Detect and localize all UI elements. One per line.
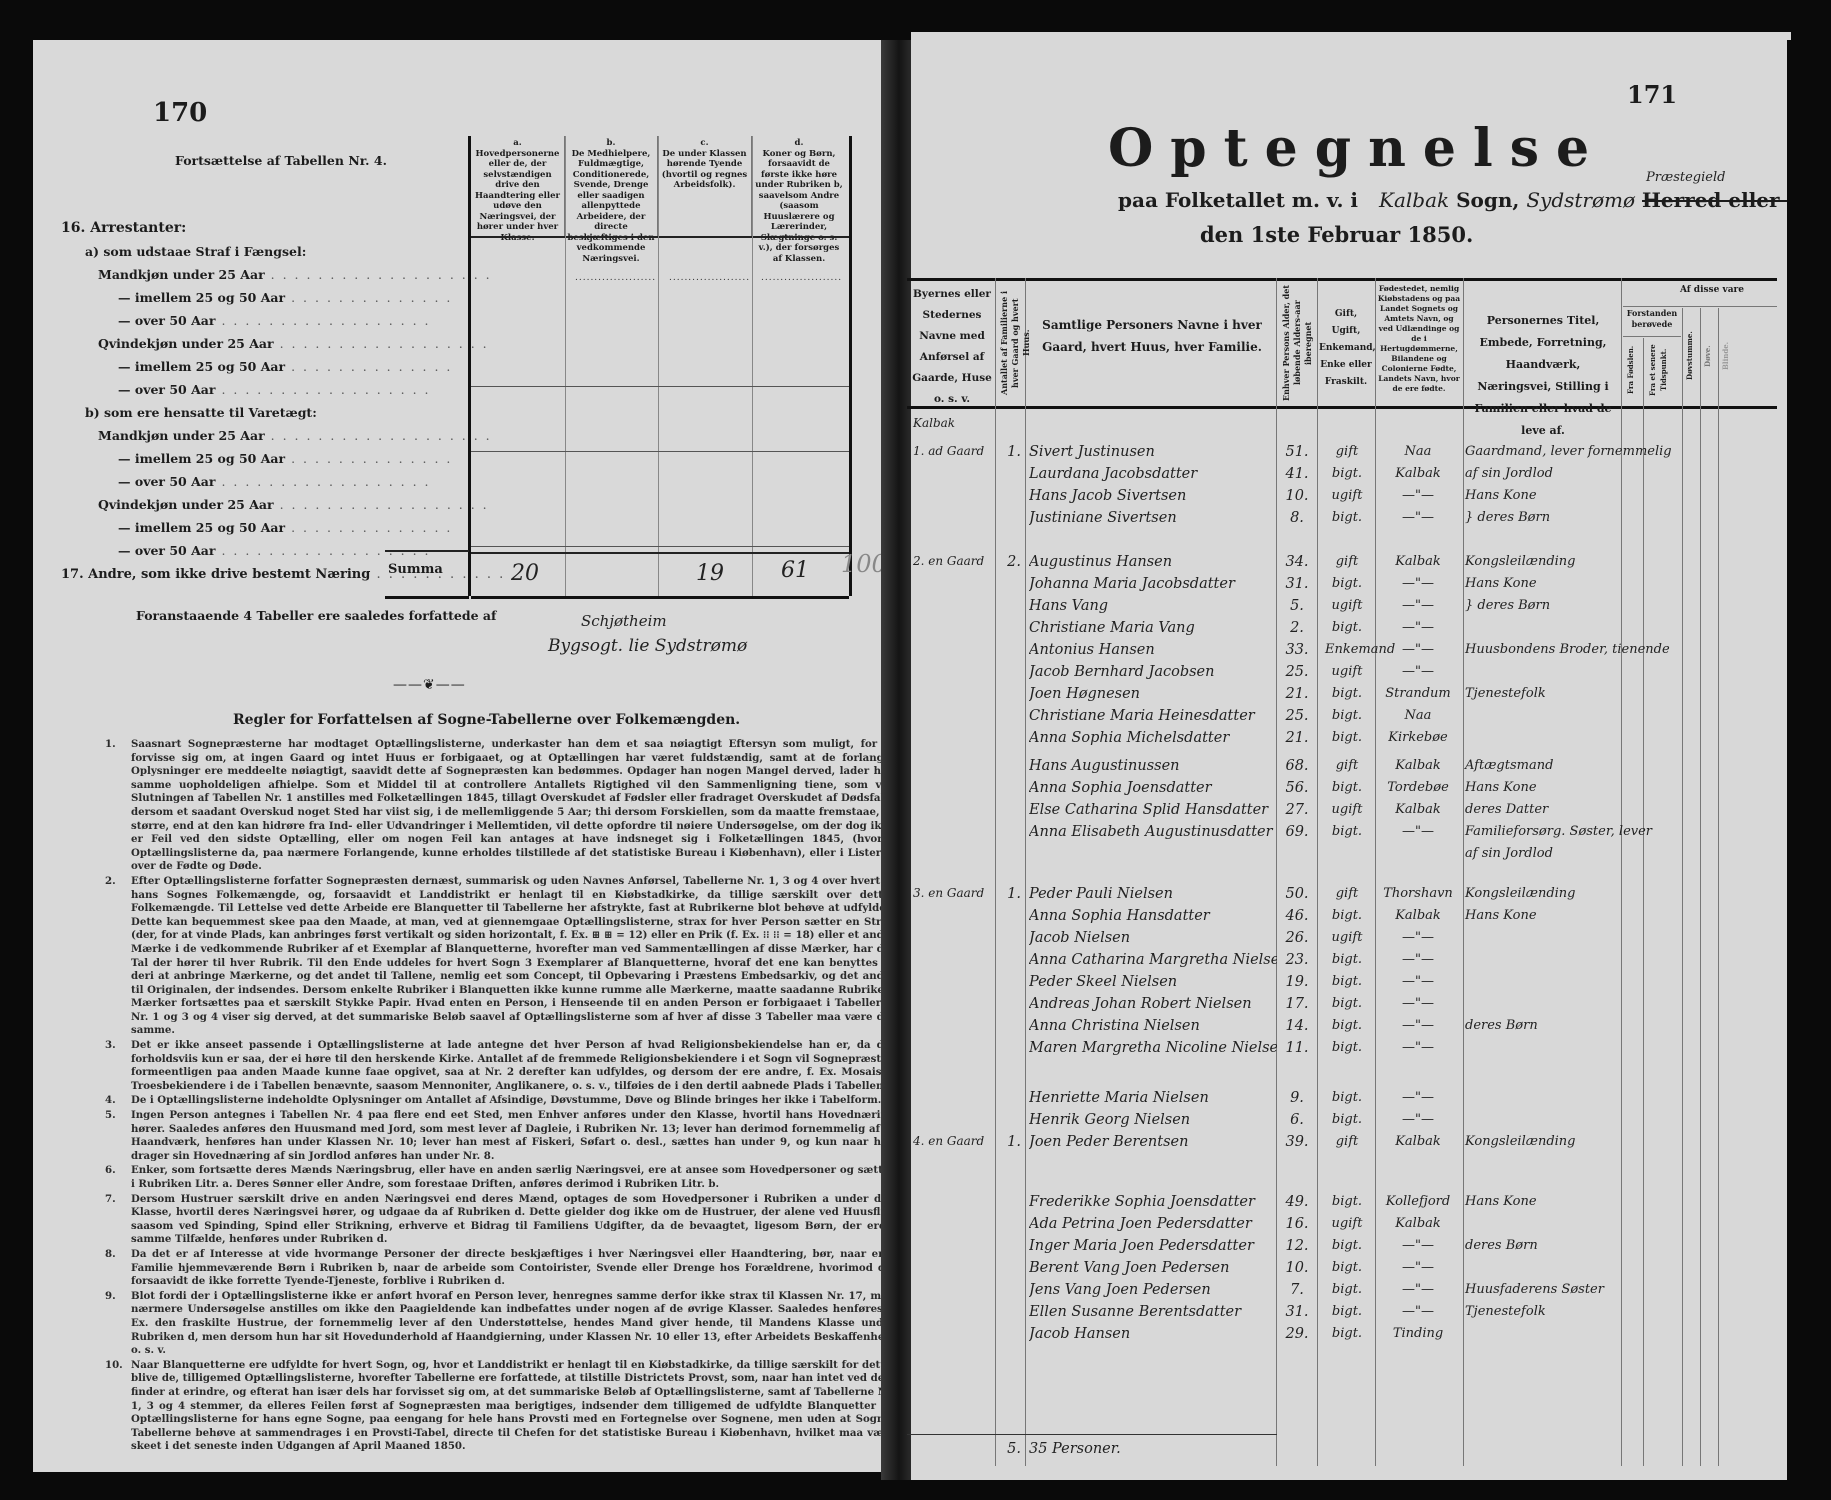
birthplace-cell: —"—	[1379, 996, 1457, 1011]
census-row: Jacob Nielsen26.ugift—"—	[907, 930, 1777, 953]
person-name-cell: Joen Høgnesen	[1029, 686, 1277, 702]
rule-item: 10.Naar Blanquetterne ere udfyldte for h…	[105, 1359, 895, 1454]
birthplace-cell: Tordebøe	[1379, 780, 1457, 795]
table-header-rule	[907, 406, 1777, 409]
age-cell: 26.	[1279, 930, 1315, 946]
census-row: Anna Sophia Hansdatter46.bigt.KalbakHans…	[907, 908, 1777, 931]
rules-title: Regler for Forfattelsen af Sogne-Tabelle…	[233, 712, 740, 728]
occupation-cell: Huusbondens Broder, tienende	[1465, 642, 1679, 657]
parish-name: Kalbak	[1379, 188, 1449, 212]
header-dove: Døve.	[1702, 312, 1716, 400]
marital-status-cell: ugift	[1325, 488, 1369, 503]
header-fra-fodsel: Fra Fødslen.	[1625, 340, 1641, 400]
marital-status-cell: bigt.	[1325, 952, 1369, 967]
marital-status-cell: bigt.	[1325, 1040, 1369, 1055]
person-name-cell: Anna Christina Nielsen	[1029, 1018, 1277, 1034]
summa-a-value: 20	[511, 561, 539, 586]
birthplace-cell: —"—	[1379, 510, 1457, 525]
marital-status-cell: gift	[1325, 444, 1369, 459]
rule-item: 8.Da det er af Interesse at vide hvorman…	[105, 1248, 895, 1289]
age-cell: 7.	[1279, 1282, 1315, 1298]
marital-status-cell: bigt.	[1325, 730, 1369, 745]
birthplace-cell: Kalbak	[1379, 554, 1457, 569]
age-cell: 25.	[1279, 708, 1315, 724]
age-cell: 41.	[1279, 466, 1315, 482]
person-name-cell: Frederikke Sophia Joensdatter	[1029, 1194, 1277, 1210]
person-name-cell: Henrik Georg Nielsen	[1029, 1112, 1277, 1128]
marital-status-cell: bigt.	[1325, 908, 1369, 923]
age-cell: 5.	[1279, 598, 1315, 614]
census-row: Anna Elisabeth Augustinusdatter69.bigt.—…	[907, 824, 1777, 847]
census-row: Laurdana Jacobsdatter41.bigt.Kalbakaf si…	[907, 466, 1777, 489]
rule-item: 4.De i Optællingslisterne indeholdte Opl…	[105, 1094, 895, 1108]
signature-line-2: Bygsogt. lie Sydstrømø	[548, 636, 747, 656]
header-senere: Fra et senere Tidspunkt.	[1647, 340, 1677, 400]
census-row: Hans Jacob Sivertsen10.ugift—"—Hans Kone	[907, 488, 1777, 511]
scan-border	[1787, 40, 1831, 1500]
left-page-170: 170 Fortsættelse af Tabellen Nr. 4. 16. …	[33, 40, 881, 1472]
census-row: Anna Sophia Joensdatter56.bigt.TordebøeH…	[907, 780, 1777, 803]
person-name-cell: Jacob Hansen	[1029, 1326, 1277, 1342]
census-row: Maren Margretha Nicoline Nielsen11.bigt.…	[907, 1040, 1777, 1063]
sogn-label: Sogn,	[1456, 188, 1519, 212]
birthplace-cell: —"—	[1379, 664, 1457, 679]
rule-item: 1.Saasnart Sognepræsterne har modtaget O…	[105, 738, 895, 874]
row-b-women-under25: Qvindekjøn under 25 Aar . . . . . . . . …	[98, 497, 489, 512]
column-divider	[752, 136, 753, 596]
signature-intro: Foranstaaende 4 Tabeller ere saaledes fo…	[136, 608, 496, 623]
birthplace-cell: —"—	[1379, 598, 1457, 613]
header-forstanden: Forstanden berøvede	[1623, 308, 1681, 330]
birthplace-cell: —"—	[1379, 1282, 1457, 1297]
occupation-cell: Hans Kone	[1465, 908, 1679, 923]
census-row: Else Catharina Splid Hansdatter27.ugiftK…	[907, 802, 1777, 825]
census-row: Anna Catharina Margretha Nielsen23.bigt.…	[907, 952, 1777, 975]
column-a-header: a.Hovedpersonerne eller de, der selvstæn…	[471, 136, 565, 236]
rule-item: 6.Enker, som fortsætte deres Mænds Nærin…	[105, 1164, 895, 1191]
place-cell: Kalbak	[913, 416, 997, 430]
census-row: Andreas Johan Robert Nielsen17.bigt.—"—	[907, 996, 1777, 1019]
age-cell: 17.	[1279, 996, 1315, 1012]
census-row: Hans Vang5.ugift—"—} deres Børn	[907, 598, 1777, 621]
header-dovstumme: Døvstumme.	[1684, 312, 1698, 400]
occupation-cell: af sin Jordlod	[1465, 466, 1679, 481]
summa-label: Summa	[388, 562, 443, 577]
occupation-cell: Kongsleilænding	[1465, 886, 1679, 901]
census-table: Byernes eller Stedernes Navne med Anførs…	[907, 278, 1777, 1466]
marital-status-cell: Enkemand	[1325, 642, 1369, 657]
age-cell: 34.	[1279, 554, 1315, 570]
person-name-cell: Andreas Johan Robert Nielsen	[1029, 996, 1277, 1012]
marital-status-cell: bigt.	[1325, 1194, 1369, 1209]
age-cell: 11.	[1279, 1040, 1315, 1056]
person-name-cell: Hans Jacob Sivertsen	[1029, 488, 1277, 504]
marital-status-cell: ugift	[1325, 802, 1369, 817]
marital-status-cell: bigt.	[1325, 996, 1369, 1011]
page-number: 171	[1627, 80, 1677, 109]
row-b-men-over50: — over 50 Aar . . . . . . . . . . . . . …	[118, 474, 431, 489]
person-name-cell: Berent Vang Joen Pedersen	[1029, 1260, 1277, 1276]
rule-item: 2.Efter Optællingslisterne forfatter Sog…	[105, 875, 895, 1038]
census-row: Justiniane Sivertsen8.bigt.—"—} deres Bø…	[907, 510, 1777, 533]
header-family-count: Antallet af Familierne i hver Gaard og h…	[999, 284, 1023, 402]
person-name-cell: Anna Catharina Margretha Nielsen	[1029, 952, 1277, 968]
person-name-cell: Anna Sophia Joensdatter	[1029, 780, 1277, 796]
occupation-cell: Hans Kone	[1465, 576, 1679, 591]
census-row: 1. ad Gaard1.Sivert Justinusen51.giftNaa…	[907, 444, 1777, 467]
occupation-cell: Kongsleilænding	[1465, 1134, 1679, 1149]
row-a-women-under25: Qvindekjøn under 25 Aar . . . . . . . . …	[98, 336, 489, 351]
marital-status-cell: bigt.	[1325, 510, 1369, 525]
census-row: Antonius Hansen33.Enkemand—"—Huusbondens…	[907, 642, 1777, 665]
total-row: 5. 35 Personer.	[907, 1441, 1507, 1464]
census-row: af sin Jordlod	[907, 846, 1777, 869]
header-place: Byernes eller Stedernes Navne med Anførs…	[909, 284, 995, 410]
marital-status-cell: bigt.	[1325, 686, 1369, 701]
age-cell: 31.	[1279, 1304, 1315, 1320]
row-b-men-25-50: — imellem 25 og 50 Aar . . . . . . . . .…	[118, 451, 452, 466]
margin-note: 100	[841, 550, 887, 578]
column-divider	[565, 136, 566, 596]
dotted-cell: .....................	[575, 273, 656, 283]
column-d-header: d.Koner og Børn, forsaavidt de første ik…	[752, 136, 846, 236]
occupation-cell: Gaardmand, lever fornemmelig	[1465, 444, 1679, 459]
marital-status-cell: ugift	[1325, 598, 1369, 613]
arrestanter-table: a.Hovedpersonerne eller de, der selvstæn…	[468, 136, 852, 596]
person-name-cell: Christiane Maria Heinesdatter	[1029, 708, 1277, 724]
person-name-cell: Justiniane Sivertsen	[1029, 510, 1277, 526]
occupation-cell: Familieforsørg. Søster, lever	[1465, 824, 1679, 839]
parish-line: paa Folketallet m. v. i Kalbak Sogn, Syd…	[1118, 188, 1831, 212]
age-cell: 69.	[1279, 824, 1315, 840]
birthplace-cell: Thorshavn	[1379, 886, 1457, 901]
occupation-cell: } deres Børn	[1465, 598, 1679, 613]
occupation-cell: Tjenestefolk	[1465, 686, 1679, 701]
rules-list: 1.Saasnart Sognepræsterne har modtaget O…	[105, 738, 895, 1455]
header-divider	[471, 236, 849, 238]
birthplace-cell: Kalbak	[1379, 1216, 1457, 1231]
occupation-cell: Hans Kone	[1465, 1194, 1679, 1209]
header-names: Samtlige Personers Navne i hver Gaard, h…	[1037, 314, 1267, 358]
occupation-cell: deres Datter	[1465, 802, 1679, 817]
header-birthplace: Fødestedet, nemlig Kiøbstadens og paa La…	[1377, 284, 1461, 394]
age-cell: 12.	[1279, 1238, 1315, 1254]
age-cell: 16.	[1279, 1216, 1315, 1232]
census-row: Inger Maria Joen Pedersdatter12.bigt.—"—…	[907, 1238, 1777, 1261]
birthplace-cell: —"—	[1379, 620, 1457, 635]
marital-status-cell: bigt.	[1325, 1304, 1369, 1319]
person-name-cell: Christiane Maria Vang	[1029, 620, 1277, 636]
census-row: Anna Christina Nielsen14.bigt.—"—deres B…	[907, 1018, 1777, 1041]
row-a-women-over50: — over 50 Aar . . . . . . . . . . . . . …	[118, 382, 431, 397]
age-cell: 10.	[1279, 1260, 1315, 1276]
section-16-heading: 16. Arrestanter:	[61, 220, 186, 236]
census-row: Jens Vang Joen Pedersen7.bigt.—"—Huusfad…	[907, 1282, 1777, 1305]
rule-item: 5.Ingen Person antegnes i Tabellen Nr. 4…	[105, 1109, 895, 1163]
marital-status-cell: ugift	[1325, 930, 1369, 945]
group-a-label: a) som udstaae Straf i Fængsel:	[85, 244, 306, 259]
age-cell: 23.	[1279, 952, 1315, 968]
census-row: 4. en Gaard1.Joen Peder Berentsen39.gift…	[907, 1134, 1777, 1157]
census-row: 3. en Gaard1.Peder Pauli Nielsen50.giftT…	[907, 886, 1777, 909]
marital-status-cell: bigt.	[1325, 974, 1369, 989]
summa-c-value: 19	[696, 561, 724, 586]
birthplace-cell: Kirkebøe	[1379, 730, 1457, 745]
person-name-cell: Jens Vang Joen Pedersen	[1029, 1282, 1277, 1298]
person-name-cell: Henriette Maria Nielsen	[1029, 1090, 1277, 1106]
census-row: Henrik Georg Nielsen6.bigt.—"—	[907, 1112, 1777, 1135]
row-b-men-under25: Mandkjøn under 25 Aar . . . . . . . . . …	[98, 428, 492, 443]
person-name-cell: Maren Margretha Nicoline Nielsen	[1029, 1040, 1277, 1056]
person-name-cell: Inger Maria Joen Pedersdatter	[1029, 1238, 1277, 1254]
birthplace-cell: Kalbak	[1379, 758, 1457, 773]
district-name: Sydstrømø	[1526, 188, 1635, 212]
census-row: 2. en Gaard2.Augustinus Hansen34.giftKal…	[907, 554, 1777, 577]
marital-status-cell: ugift	[1325, 664, 1369, 679]
occupation-cell: af sin Jordlod	[1465, 846, 1679, 861]
census-row: Ada Petrina Joen Pedersdatter16.ugiftKal…	[907, 1216, 1777, 1239]
birthplace-cell: —"—	[1379, 952, 1457, 967]
person-name-cell: Else Catharina Splid Hansdatter	[1029, 802, 1277, 818]
header-blinde: Blinde.	[1720, 312, 1734, 400]
birthplace-cell: Kalbak	[1379, 466, 1457, 481]
census-row: Christiane Maria Heinesdatter25.bigt.Naa	[907, 708, 1777, 731]
row-b-women-25-50: — imellem 25 og 50 Aar . . . . . . . . .…	[118, 520, 452, 535]
row-b-women-over50: — over 50 Aar . . . . . . . . . . . . . …	[118, 543, 431, 558]
census-row: Berent Vang Joen Pedersen10.bigt.—"—	[907, 1260, 1777, 1283]
age-cell: 68.	[1279, 758, 1315, 774]
rule-item: 9.Blot fordi der i Optællingslisterne ik…	[105, 1290, 895, 1358]
place-cell: 3. en Gaard	[913, 886, 997, 900]
birthplace-cell: —"—	[1379, 824, 1457, 839]
age-cell: 10.	[1279, 488, 1315, 504]
header-af-disse-vare: Af disse vare	[1647, 281, 1777, 300]
place-cell: 2. en Gaard	[913, 554, 997, 568]
dotted-cell: .....................	[669, 273, 750, 283]
birthplace-cell: Naa	[1379, 444, 1457, 459]
occupation-cell: Tjenestefolk	[1465, 1304, 1679, 1319]
marital-status-cell: bigt.	[1325, 1018, 1369, 1033]
signature-line-1: Schjøtheim	[581, 612, 667, 630]
census-row: Jacob Hansen29.bigt.Tinding	[907, 1326, 1777, 1349]
age-cell: 9.	[1279, 1090, 1315, 1106]
census-row: Henriette Maria Nielsen9.bigt.—"—	[907, 1090, 1777, 1113]
marital-status-cell: bigt.	[1325, 576, 1369, 591]
birthplace-cell: Strandum	[1379, 686, 1457, 701]
birthplace-cell: Kalbak	[1379, 802, 1457, 817]
census-row: Joen Høgnesen21.bigt.StrandumTjenestefol…	[907, 686, 1777, 709]
summa-rule-left-bottom	[385, 596, 469, 599]
header-age: Enhver Persons Alder, det løbende Alders…	[1281, 284, 1313, 402]
birthplace-cell: —"—	[1379, 930, 1457, 945]
group-b-label: b) som ere hensatte til Varetægt:	[85, 405, 317, 420]
age-cell: 31.	[1279, 576, 1315, 592]
person-name-cell: Ellen Susanne Berentsdatter	[1029, 1304, 1277, 1320]
person-name-cell: Peder Pauli Nielsen	[1029, 886, 1277, 902]
summa-d-value: 61	[781, 558, 809, 583]
birthplace-cell: —"—	[1379, 1260, 1457, 1275]
person-name-cell: Anna Sophia Hansdatter	[1029, 908, 1277, 924]
ornament-divider: ——❦——	[393, 677, 466, 693]
marital-status-cell: bigt.	[1325, 1090, 1369, 1105]
person-name-cell: Peder Skeel Nielsen	[1029, 974, 1277, 990]
age-cell: 6.	[1279, 1112, 1315, 1128]
age-cell: 19.	[1279, 974, 1315, 990]
occupation-cell: deres Børn	[1465, 1238, 1679, 1253]
occupation-cell: Aftægtsmand	[1465, 758, 1679, 773]
family-number-cell: 1.	[1001, 444, 1021, 460]
page-number: 170	[153, 98, 207, 128]
birthplace-cell: Tinding	[1379, 1326, 1457, 1341]
age-cell: 50.	[1279, 886, 1315, 902]
birthplace-cell: —"—	[1379, 1112, 1457, 1127]
age-cell: 33.	[1279, 642, 1315, 658]
person-name-cell: Johanna Maria Jacobsdatter	[1029, 576, 1277, 592]
marital-status-cell: bigt.	[1325, 1326, 1369, 1341]
census-row: Ellen Susanne Berentsdatter31.bigt.—"—Tj…	[907, 1304, 1777, 1327]
age-cell: 21.	[1279, 686, 1315, 702]
person-name-cell: Anna Sophia Michelsdatter	[1029, 730, 1277, 746]
birthplace-cell: Kalbak	[1379, 1134, 1457, 1149]
person-name-cell: Joen Peder Berentsen	[1029, 1134, 1277, 1150]
district-correction: Præstegield	[1646, 170, 1725, 185]
age-cell: 8.	[1279, 510, 1315, 526]
age-cell: 27.	[1279, 802, 1315, 818]
birthplace-cell: Naa	[1379, 708, 1457, 723]
marital-status-cell: bigt.	[1325, 780, 1369, 795]
person-name-cell: Hans Augustinussen	[1029, 758, 1277, 774]
age-cell: 46.	[1279, 908, 1315, 924]
age-cell: 39.	[1279, 1134, 1315, 1150]
place-cell: 1. ad Gaard	[913, 444, 997, 458]
census-row: Jacob Bernhard Jacobsen25.ugift—"—	[907, 664, 1777, 687]
census-row: Anna Sophia Michelsdatter21.bigt.Kirkebø…	[907, 730, 1777, 753]
header-status: Gift, Ugift, Enkemand, Enke eller Fraski…	[1319, 306, 1373, 391]
subheader-rule	[1623, 306, 1777, 307]
person-name-cell: Sivert Justinusen	[1029, 444, 1277, 460]
column-c-header: c.De under Klassen hørende Tyende (hvort…	[658, 136, 752, 236]
census-date: den 1ste Februar 1850.	[1200, 222, 1473, 247]
marital-status-cell: gift	[1325, 886, 1369, 901]
row-divider	[471, 451, 849, 452]
birthplace-cell: —"—	[1379, 642, 1457, 657]
column-divider	[658, 136, 659, 596]
dotted-cell: .....................	[761, 273, 842, 283]
occupation-cell: } deres Børn	[1465, 510, 1679, 525]
birthplace-cell: —"—	[1379, 1090, 1457, 1105]
person-name-cell: Antonius Hansen	[1029, 642, 1277, 658]
marital-status-cell: gift	[1325, 554, 1369, 569]
page-title: Optegnelse	[1108, 118, 1606, 179]
summa-top-rule	[471, 552, 849, 554]
family-number-cell: 2.	[1001, 554, 1021, 570]
occupation-cell: deres Børn	[1465, 1018, 1679, 1033]
total-rule	[907, 1434, 1277, 1435]
age-cell: 56.	[1279, 780, 1315, 796]
place-cell: 4. en Gaard	[913, 1134, 997, 1148]
marital-status-cell: bigt.	[1325, 708, 1369, 723]
marital-status-cell: bigt.	[1325, 1260, 1369, 1275]
marital-status-cell: bigt.	[1325, 1282, 1369, 1297]
continuation-title: Fortsættelse af Tabellen Nr. 4.	[175, 153, 387, 168]
birthplace-cell: —"—	[1379, 488, 1457, 503]
birthplace-cell: —"—	[1379, 1018, 1457, 1033]
row-a-women-25-50: — imellem 25 og 50 Aar . . . . . . . . .…	[118, 359, 452, 374]
person-name-cell: Hans Vang	[1029, 598, 1277, 614]
birthplace-cell: Kalbak	[1379, 908, 1457, 923]
occupation-cell: Hans Kone	[1465, 780, 1679, 795]
person-name-cell: Augustinus Hansen	[1029, 554, 1277, 570]
summa-bottom-rule	[471, 596, 849, 599]
summa-rule-left	[385, 550, 469, 552]
birthplace-cell: —"—	[1379, 974, 1457, 989]
family-number-cell: 1.	[1001, 886, 1021, 902]
occupation-cell: Kongsleilænding	[1465, 554, 1679, 569]
row-divider	[471, 546, 849, 547]
census-row: Kalbak	[907, 416, 1777, 439]
birthplace-cell: —"—	[1379, 576, 1457, 591]
column-b-header: b.De Medhielpere, Fuldmægtige, Condition…	[565, 136, 658, 236]
marital-status-cell: ugift	[1325, 1216, 1369, 1231]
person-name-cell: Laurdana Jacobsdatter	[1029, 466, 1277, 482]
birthplace-cell: Kollefjord	[1379, 1194, 1457, 1209]
census-row: Hans Augustinussen68.giftKalbakAftægtsma…	[907, 758, 1777, 781]
age-cell: 21.	[1279, 730, 1315, 746]
age-cell: 49.	[1279, 1194, 1315, 1210]
row-divider	[471, 386, 849, 387]
census-row: Christiane Maria Vang2.bigt.—"—	[907, 620, 1777, 643]
marital-status-cell: bigt.	[1325, 1238, 1369, 1253]
marital-status-cell: bigt.	[1325, 620, 1369, 635]
family-number-cell: 1.	[1001, 1134, 1021, 1150]
birthplace-cell: —"—	[1379, 1304, 1457, 1319]
birthplace-cell: —"—	[1379, 1040, 1457, 1055]
marital-status-cell: gift	[1325, 758, 1369, 773]
age-cell: 2.	[1279, 620, 1315, 636]
age-cell: 29.	[1279, 1326, 1315, 1342]
marital-status-cell: bigt.	[1325, 1112, 1369, 1127]
birthplace-cell: —"—	[1379, 1238, 1457, 1253]
person-name-cell: Jacob Nielsen	[1029, 930, 1277, 946]
occupation-cell: Hans Kone	[1465, 488, 1679, 503]
person-name-cell: Jacob Bernhard Jacobsen	[1029, 664, 1277, 680]
row-a-men-over50: — over 50 Aar . . . . . . . . . . . . . …	[118, 313, 431, 328]
subheader-rule	[1623, 336, 1681, 337]
occupation-cell: Huusfaderens Søster	[1465, 1282, 1679, 1297]
marital-status-cell: bigt.	[1325, 466, 1369, 481]
person-name-cell: Ada Petrina Joen Pedersdatter	[1029, 1216, 1277, 1232]
age-cell: 51.	[1279, 444, 1315, 460]
marital-status-cell: bigt.	[1325, 824, 1369, 839]
census-row: Frederikke Sophia Joensdatter49.bigt.Kol…	[907, 1194, 1777, 1217]
row-a-men-25-50: — imellem 25 og 50 Aar . . . . . . . . .…	[118, 290, 452, 305]
age-cell: 14.	[1279, 1018, 1315, 1034]
census-row: Johanna Maria Jacobsdatter31.bigt.—"—Han…	[907, 576, 1777, 599]
marital-status-cell: gift	[1325, 1134, 1369, 1149]
rule-item: 7.Dersom Hustruer særskilt drive en ande…	[105, 1193, 895, 1247]
row-a-men-under25: Mandkjøn under 25 Aar . . . . . . . . . …	[98, 267, 492, 282]
subtitle-prefix: paa Folketallet m. v. i	[1118, 188, 1358, 212]
rule-item: 3.Det er ikke anseet passende i Optællin…	[105, 1039, 895, 1093]
census-row: Peder Skeel Nielsen19.bigt.—"—	[907, 974, 1777, 997]
age-cell: 25.	[1279, 664, 1315, 680]
person-name-cell: Anna Elisabeth Augustinusdatter	[1029, 824, 1277, 840]
